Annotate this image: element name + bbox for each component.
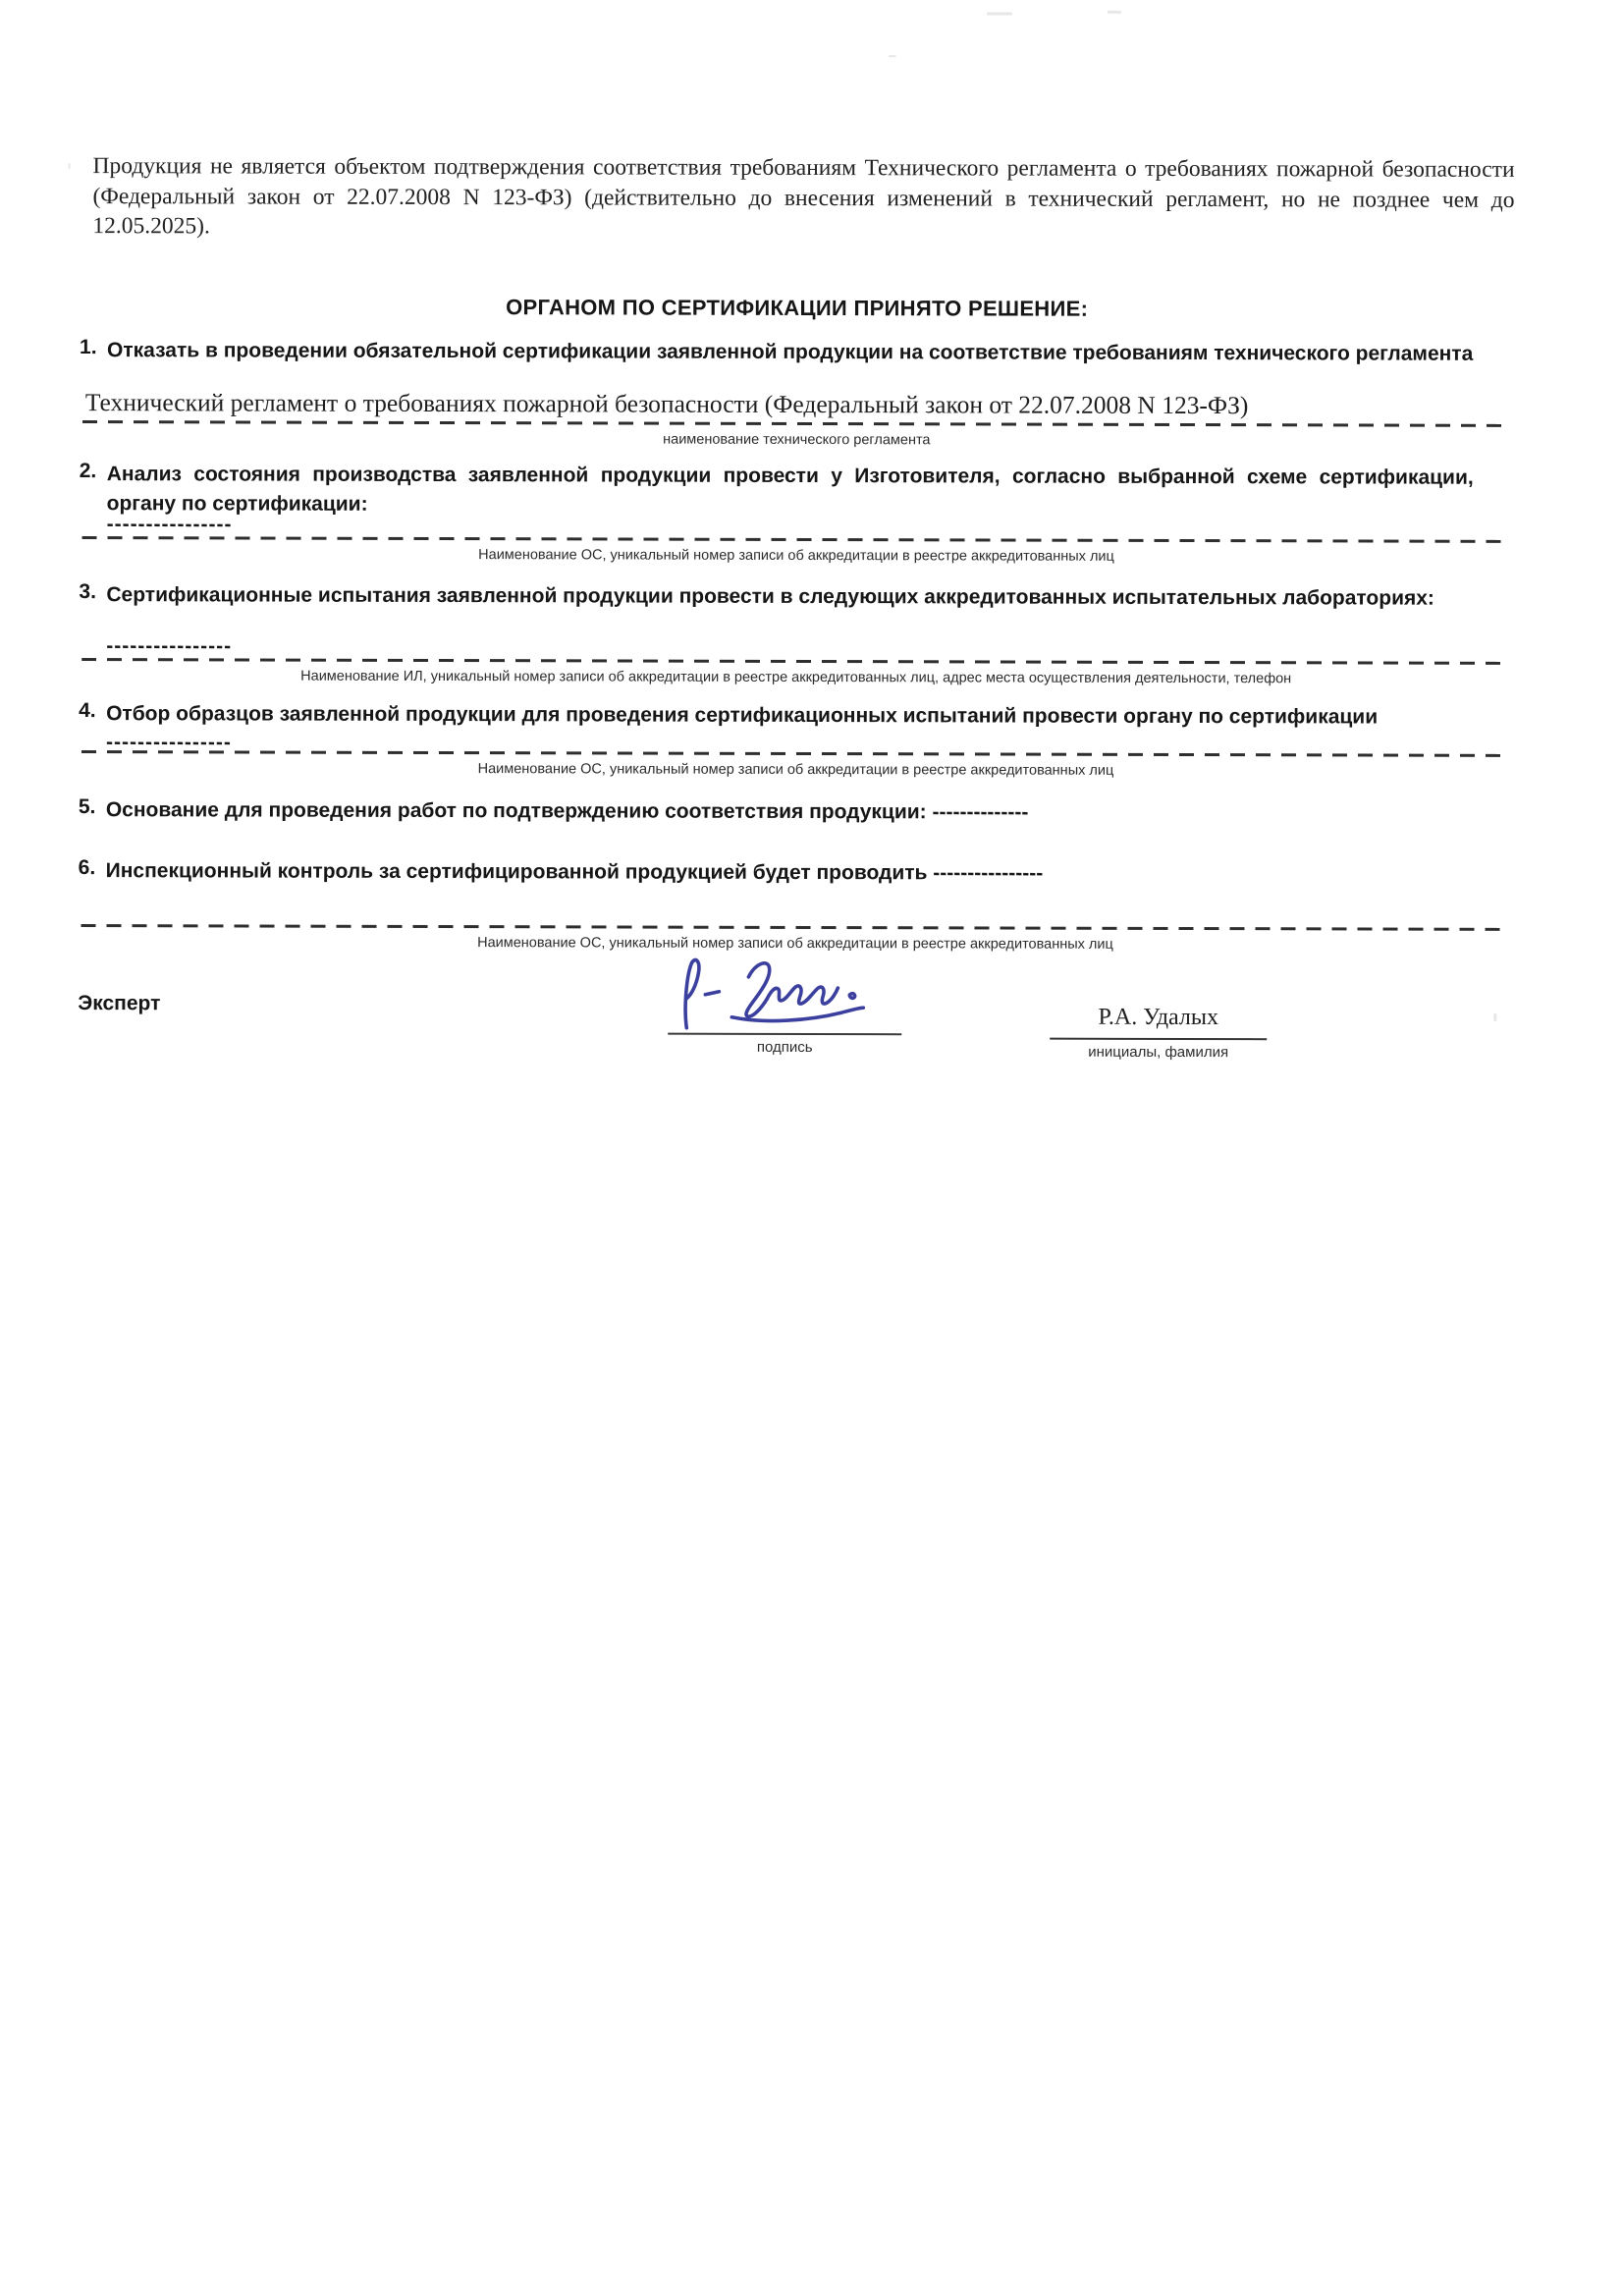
name-line: [1050, 1038, 1267, 1041]
document-page: Продукция не является объектом подтвержд…: [0, 0, 1623, 2296]
dashed-rule: [81, 750, 1510, 757]
scanned-content: Продукция не является объектом подтвержд…: [0, 0, 1623, 2296]
item-6-text: Инспекционный контроль за сертифицирован…: [106, 856, 1473, 890]
item-2-text: Анализ состояния производства заявленной…: [107, 460, 1474, 522]
item-4-caption: Наименование ОС, уникальный номер записи…: [81, 760, 1510, 780]
scan-noise: [1493, 1013, 1496, 1021]
name-caption: инициалы, фамилия: [1050, 1044, 1267, 1062]
item-3-caption: Наименование ИЛ, уникальный номер записи…: [81, 668, 1510, 687]
item-2-caption: Наименование ОС, уникальный номер записи…: [81, 546, 1510, 566]
expert-role-label: Эксперт: [78, 992, 160, 1015]
item-1-text: Отказать в проведении обязательной серти…: [107, 336, 1474, 369]
intro-paragraph: Продукция не является объектом подтвержд…: [92, 151, 1514, 245]
item-4-text: Отбор образцов заявленной продукции для …: [106, 699, 1473, 733]
item-3-text: Сертификационные испытания заявленной пр…: [106, 580, 1473, 614]
dashed-rule: [81, 924, 1510, 931]
scan-noise: [987, 12, 1012, 15]
expert-signature-ink: [673, 956, 903, 1040]
item-3-placeholder: ----------------: [106, 634, 232, 658]
dashed-rule: [82, 420, 1511, 427]
decision-heading: ОРГАНОМ ПО СЕРТИФИКАЦИИ ПРИНЯТО РЕШЕНИЕ:: [82, 294, 1511, 323]
signature-caption: подпись: [668, 1039, 901, 1057]
expert-name: Р.А. Удалых: [1050, 1005, 1267, 1032]
item-1-caption: наименование технического регламента: [82, 430, 1511, 450]
dashed-rule: [82, 536, 1511, 543]
scan-noise: [889, 55, 896, 57]
footer-rule-caption: Наименование ОС, уникальный номер записи…: [81, 934, 1509, 954]
item-5-text: Основание для проведения работ по подтве…: [106, 795, 1473, 829]
item-1-filled-value: Технический регламент о требованиях пожа…: [85, 388, 1249, 420]
dashed-rule: [81, 658, 1510, 665]
scan-noise: [1108, 11, 1121, 14]
item-2-placeholder: ----------------: [107, 513, 233, 536]
scan-noise: [69, 163, 71, 169]
